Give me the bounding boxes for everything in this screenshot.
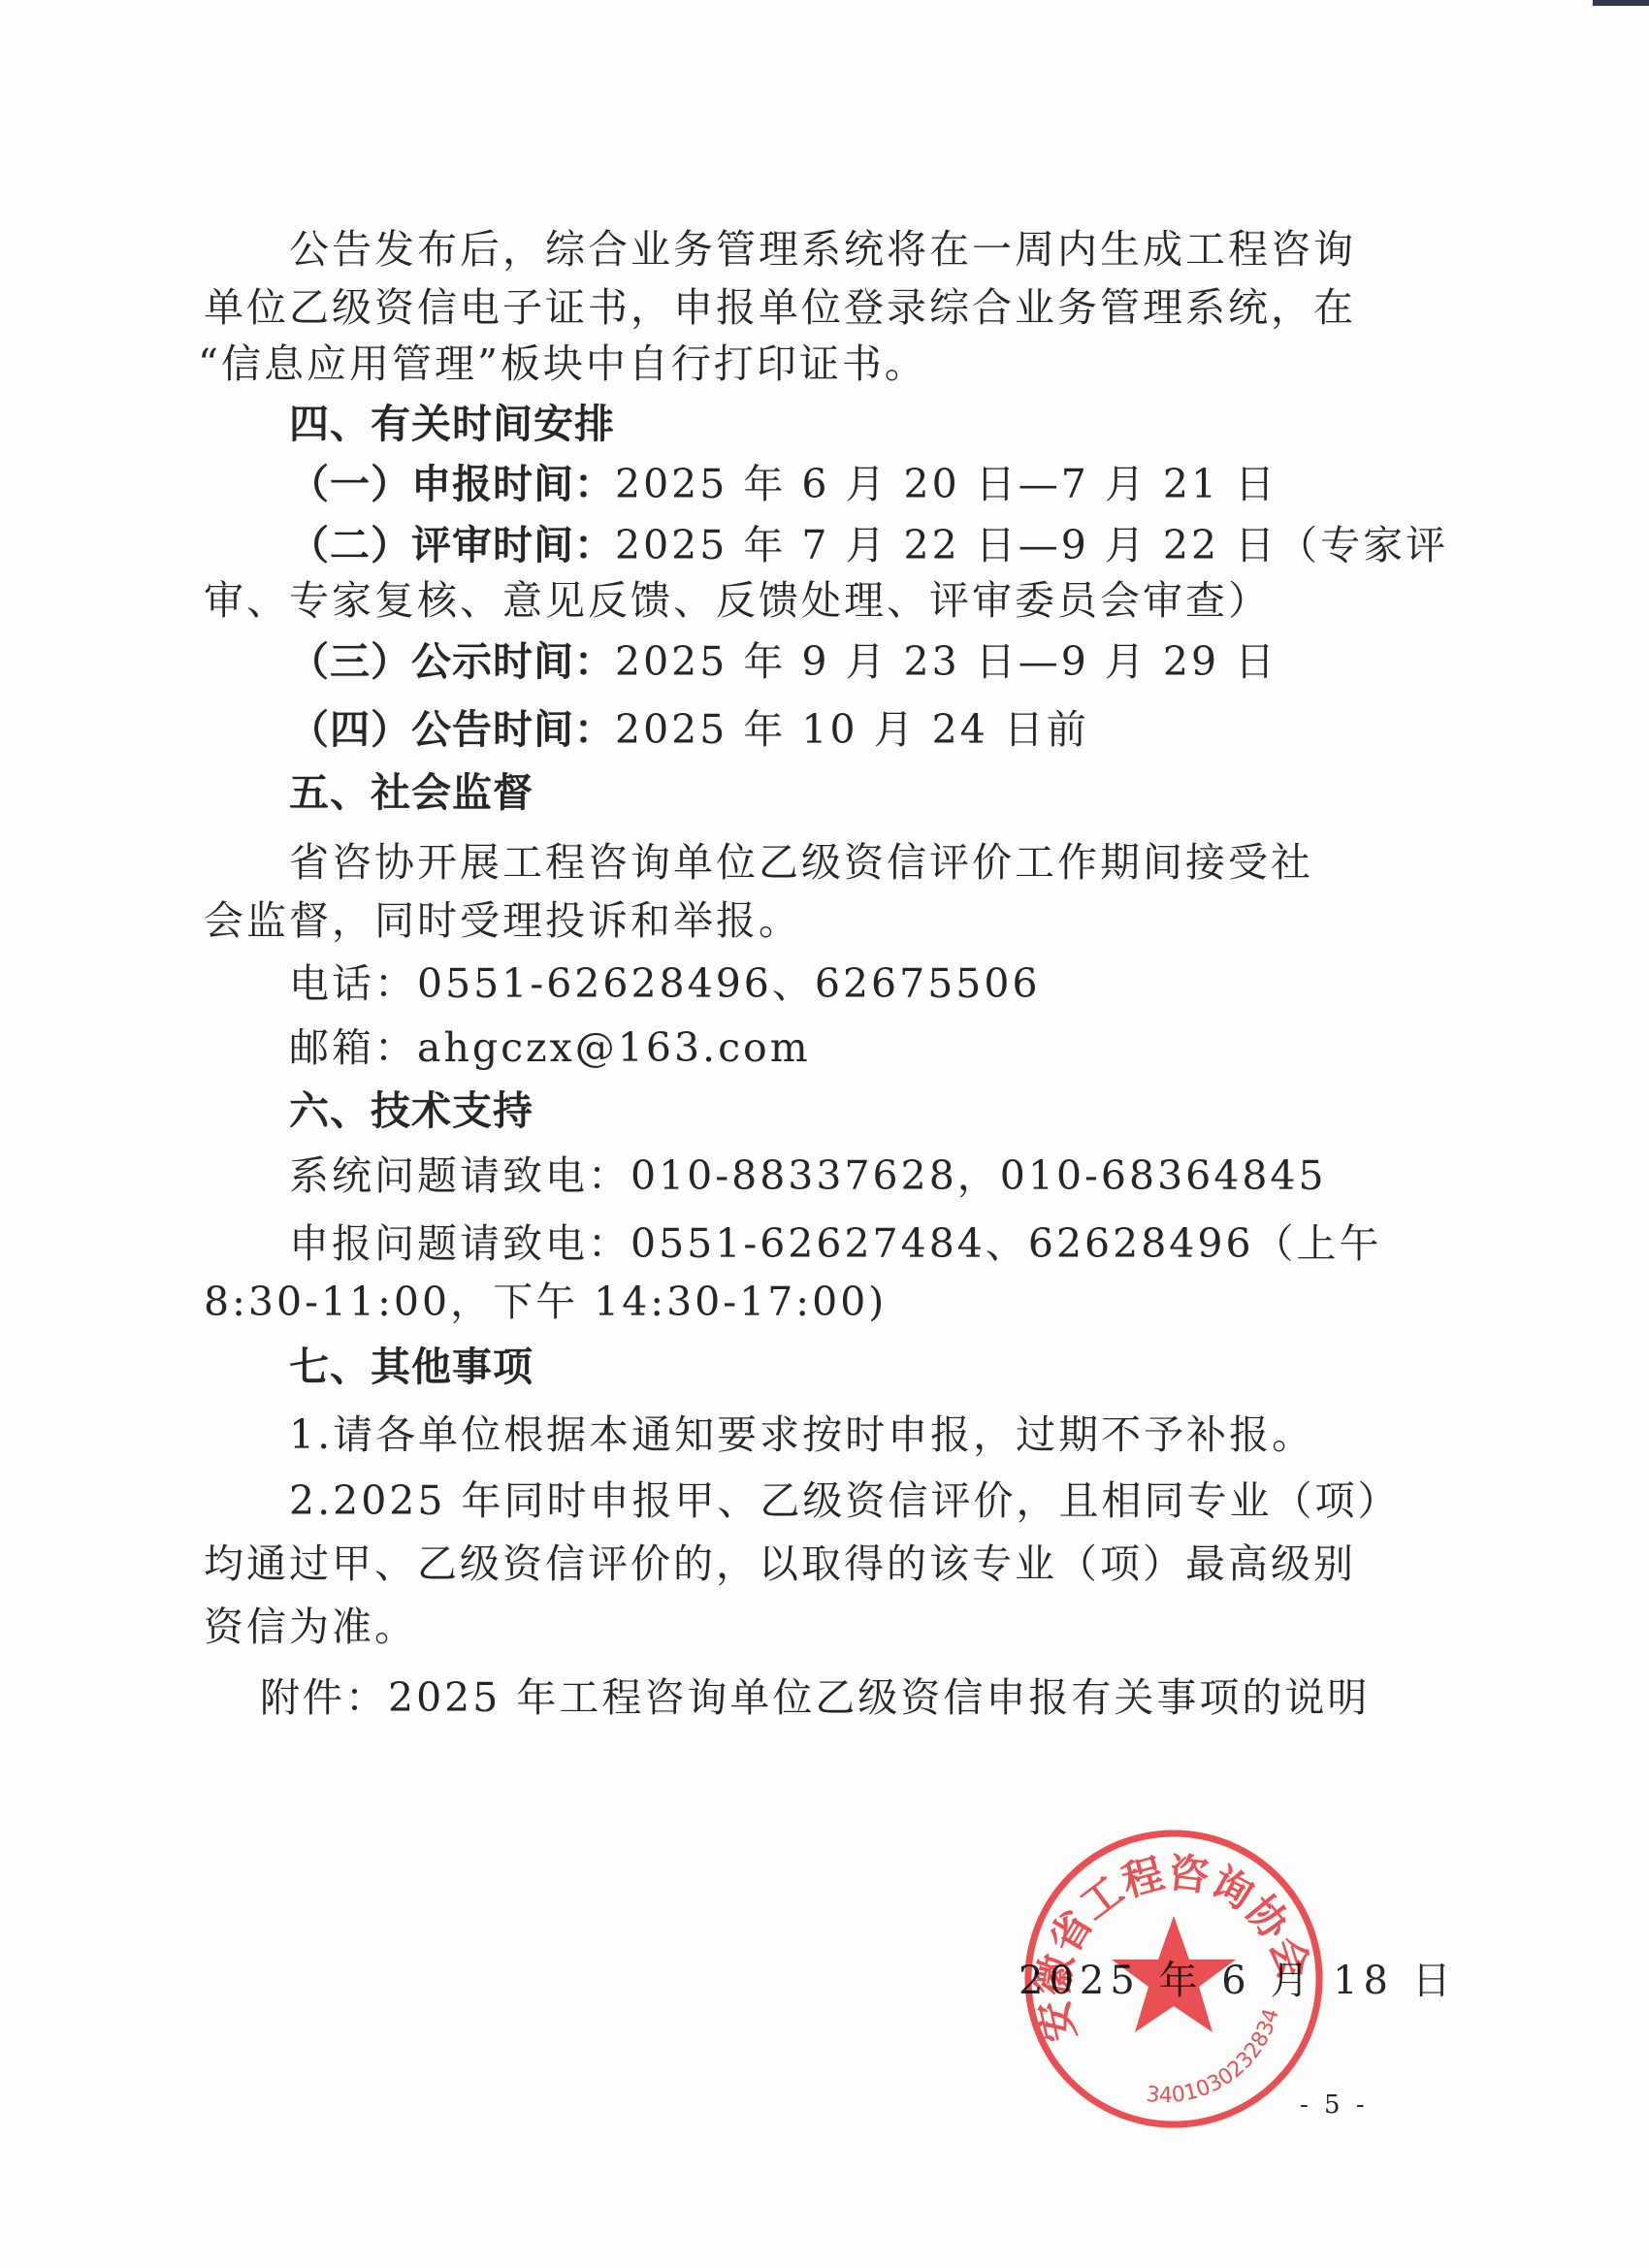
section-heading: 六、技术支持	[289, 1086, 533, 1135]
schedule-label: （二）评审时间：	[289, 522, 615, 568]
schedule-item: （一）申报时间：2025 年 6 月 20 日—7 月 21 日	[289, 460, 1277, 508]
body-text-line: 均通过甲、乙级资信评价的，以取得的该专业（项）最高级别	[204, 1539, 1356, 1588]
section-heading: 七、其他事项	[289, 1343, 533, 1391]
support-line: 申报问题请致电：0551-62627484、62628496（上午	[289, 1219, 1382, 1268]
scan-edge-mark	[1593, 0, 1649, 6]
schedule-value: 2025 年 10 月 24 日前	[615, 706, 1089, 753]
section-heading: 五、社会监督	[289, 768, 533, 817]
official-seal-icon: 安徽省工程咨询协会 3401030232834	[1018, 1824, 1329, 2134]
schedule-item: （三）公示时间：2025 年 9 月 23 日—9 月 29 日	[289, 637, 1277, 686]
schedule-item-continuation: 审、专家复核、意见反馈、反馈处理、评审委员会审查）	[204, 576, 1271, 625]
schedule-label: （四）公告时间：	[289, 706, 615, 753]
attachment-line: 附件：2025 年工程咨询单位乙级资信申报有关事项的说明	[260, 1673, 1370, 1722]
body-text-line: 单位乙级资信电子证书，申报单位登录综合业务管理系统，在	[204, 283, 1356, 332]
support-line: 系统问题请致电：010-88337628，010-68364845	[289, 1151, 1327, 1200]
schedule-item: （四）公告时间：2025 年 10 月 24 日前	[289, 705, 1089, 754]
body-text-line: 省咨协开展工程咨询单位乙级资信评价工作期间接受社	[289, 838, 1313, 887]
schedule-value: 2025 年 7 月 22 日—9 月 22 日（专家评	[615, 522, 1448, 568]
schedule-label: （一）申报时间：	[289, 461, 615, 507]
section-heading: 四、有关时间安排	[289, 400, 615, 448]
body-text-line: 2.2025 年同时申报甲、乙级资信评价，且相同专业（项）	[289, 1476, 1401, 1525]
body-text-line: 公告发布后，综合业务管理系统将在一周内生成工程咨询	[289, 225, 1356, 274]
schedule-item: （二）评审时间：2025 年 7 月 22 日—9 月 22 日（专家评	[289, 521, 1448, 569]
body-text-line: 1.请各单位根据本通知要求按时申报，过期不予补报。	[289, 1410, 1314, 1459]
body-text-line: “信息应用管理”板块中自行打印证书。	[198, 340, 927, 388]
schedule-value: 2025 年 9 月 23 日—9 月 29 日	[615, 638, 1277, 685]
support-line: 8:30-11:00，下午 14:30-17:00)	[204, 1278, 887, 1326]
schedule-label: （三）公示时间：	[289, 638, 615, 685]
body-text-line: 会监督，同时受理投诉和举报。	[204, 896, 801, 945]
phone-line: 电话：0551-62628496、62675506	[289, 959, 1041, 1008]
schedule-value: 2025 年 6 月 20 日—7 月 21 日	[615, 461, 1277, 507]
body-text-line: 资信为准。	[204, 1603, 417, 1651]
email-line: 邮箱：ahgczx@163.com	[289, 1023, 811, 1072]
